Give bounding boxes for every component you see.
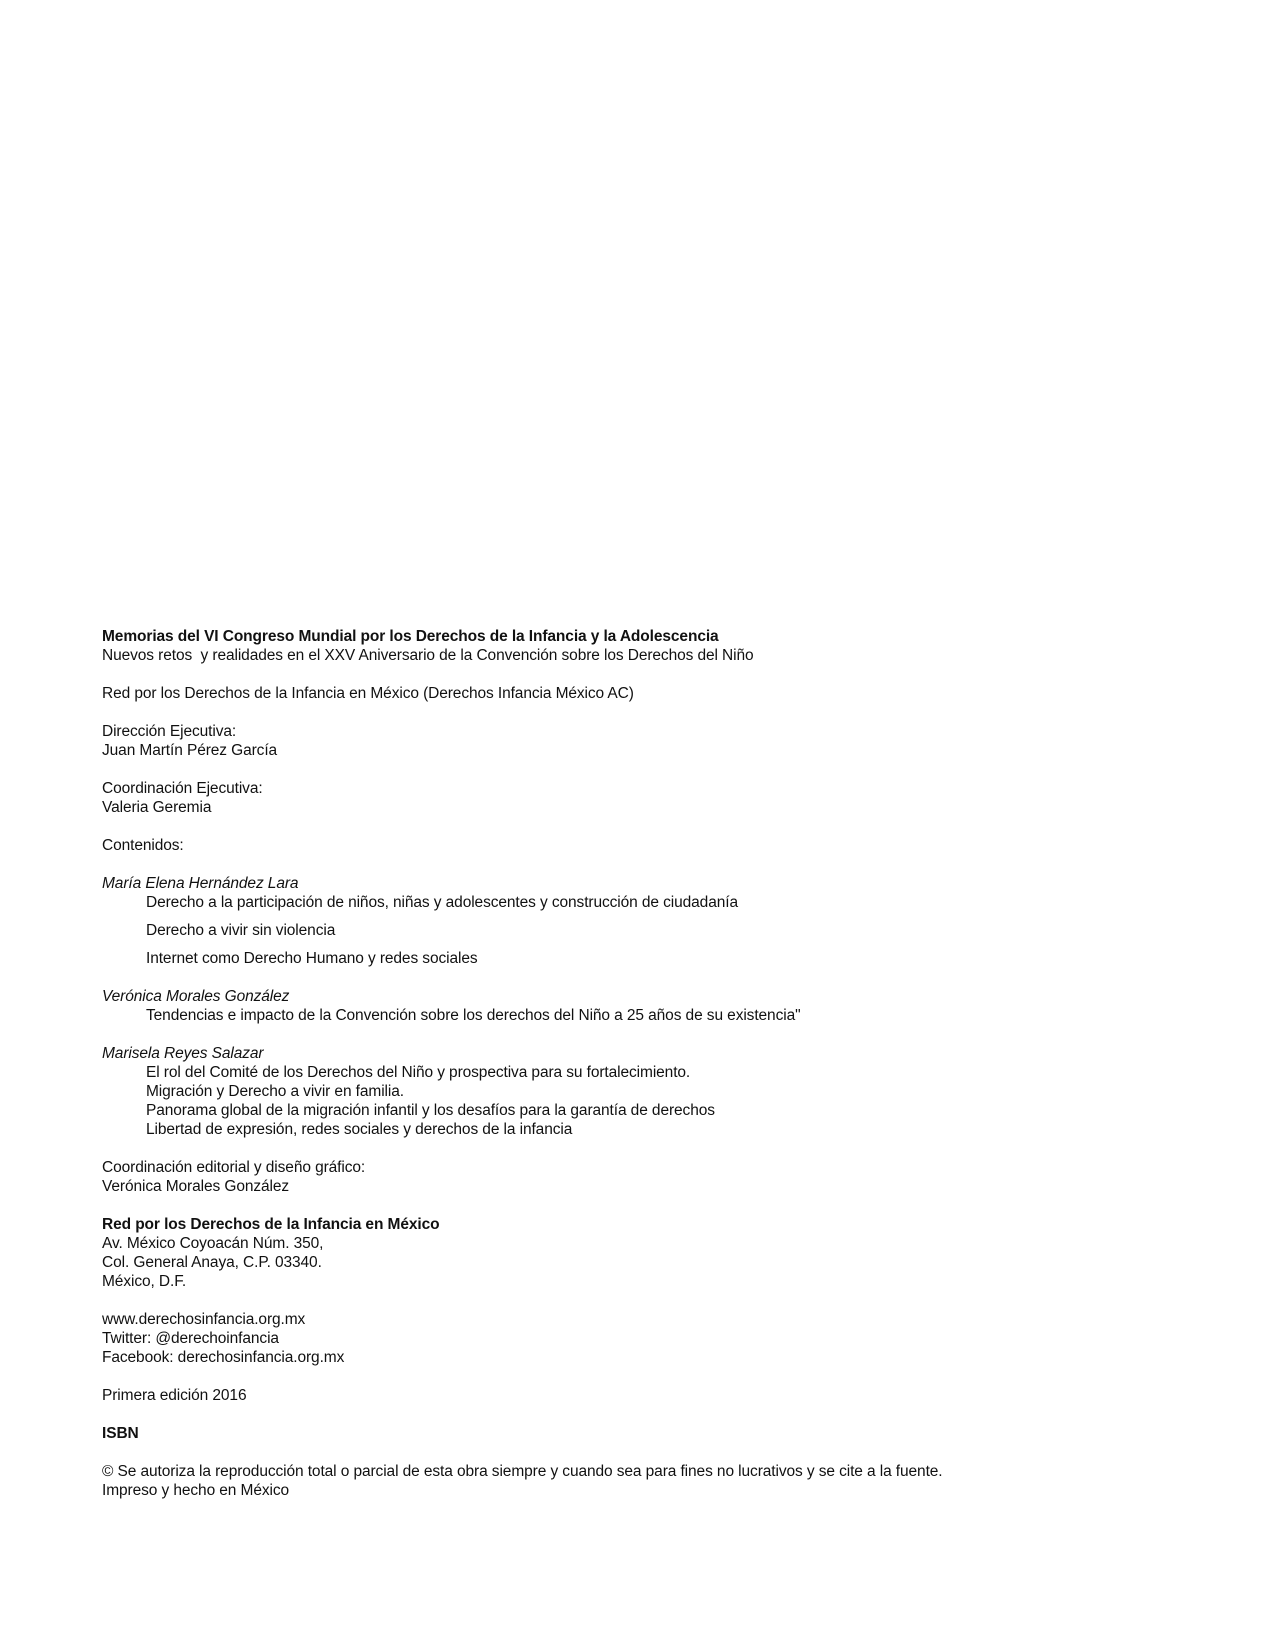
content-item: Derecho a vivir sin violencia [102,921,1202,940]
content-author: María Elena Hernández Lara [102,874,1202,893]
content-item: El rol del Comité de los Derechos del Ni… [102,1063,1202,1082]
content-item: Migración y Derecho a vivir en familia. [102,1082,1202,1101]
edition-text: Primera edición 2016 [102,1386,1202,1405]
address-line: México, D.F. [102,1272,1202,1291]
printed-in: Impreso y hecho en México [102,1481,1202,1500]
content-item: Internet como Derecho Humano y redes soc… [102,949,1202,968]
contents-section-2: Verónica Morales González Tendencias e i… [102,987,1202,1025]
content-item: Panorama global de la migración infantil… [102,1101,1202,1120]
book-title: Memorias del VI Congreso Mundial por los… [102,627,1202,646]
credits-page: Memorias del VI Congreso Mundial por los… [102,627,1202,1500]
website-link[interactable]: www.derechosinfancia.org.mx [102,1310,1202,1329]
contents-section-1: María Elena Hernández Lara Derecho a la … [102,874,1202,968]
book-subtitle: Nuevos retos y realidades en el XXV Aniv… [102,646,1202,665]
isbn-label: ISBN [102,1424,1202,1443]
address-line: Av. México Coyoacán Núm. 350, [102,1234,1202,1253]
coordinacion-label: Coordinación Ejecutiva: [102,779,1202,798]
contenidos-label: Contenidos: [102,836,1202,855]
contents-section-3: Marisela Reyes Salazar El rol del Comité… [102,1044,1202,1139]
editorial-label: Coordinación editorial y diseño gráfico: [102,1158,1202,1177]
address-line: Col. General Anaya, C.P. 03340. [102,1253,1202,1272]
content-author: Verónica Morales González [102,987,1202,1006]
content-item: Derecho a la participación de niños, niñ… [102,893,1202,912]
content-item: Libertad de expresión, redes sociales y … [102,1120,1202,1139]
organization-name: Red por los Derechos de la Infancia en M… [102,1215,1202,1234]
twitter-handle[interactable]: Twitter: @derechoinfancia [102,1329,1202,1348]
direccion-name: Juan Martín Pérez García [102,741,1202,760]
coordinacion-name: Valeria Geremia [102,798,1202,817]
direccion-label: Dirección Ejecutiva: [102,722,1202,741]
publisher-line: Red por los Derechos de la Infancia en M… [102,684,1202,703]
copyright-notice: © Se autoriza la reproducción total o pa… [102,1462,1202,1481]
content-item: Tendencias e impacto de la Convención so… [102,1006,1202,1025]
editorial-name: Verónica Morales González [102,1177,1202,1196]
content-author: Marisela Reyes Salazar [102,1044,1202,1063]
facebook-link[interactable]: Facebook: derechosinfancia.org.mx [102,1348,1202,1367]
